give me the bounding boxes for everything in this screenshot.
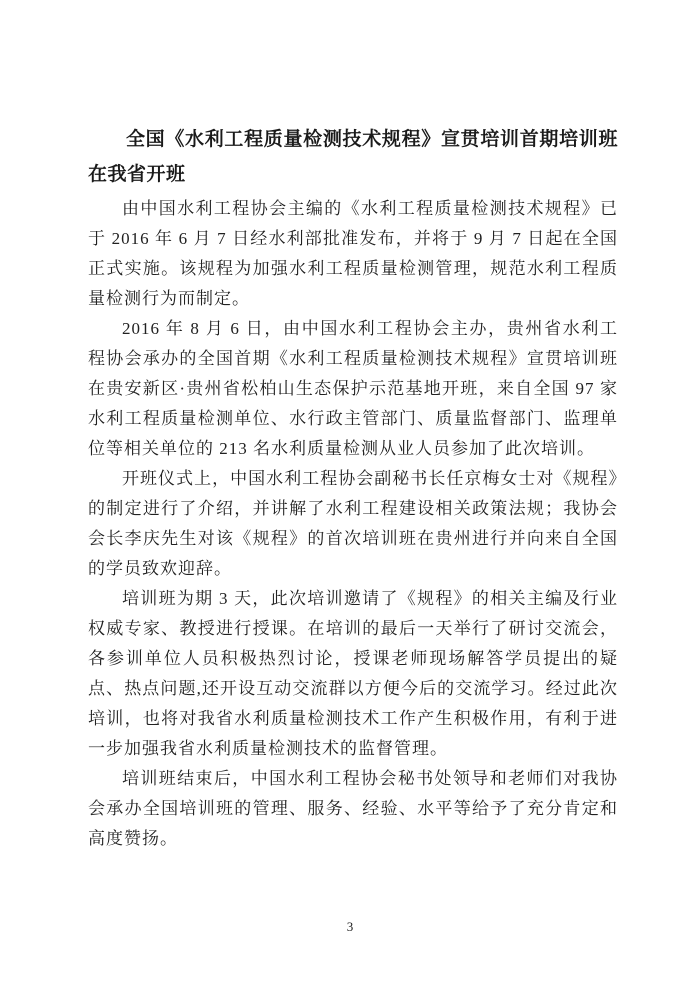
paragraph-ceremony-speeches: 开班仪式上，中国水利工程协会副秘书长任京梅女士对《规程》的制定进行了介绍，并讲解… bbox=[88, 464, 618, 584]
paragraph-training-details: 培训班为期 3 天，此次培训邀请了《规程》的相关主编及行业权威专家、教授进行授课… bbox=[88, 584, 618, 764]
document-body: 全国《水利工程质量检测技术规程》宣贯培训首期培训班在我省开班 由中国水利工程协会… bbox=[88, 122, 618, 854]
page-number: 3 bbox=[347, 919, 354, 934]
paragraph-intro-regulation: 由中国水利工程协会主编的《水利工程质量检测技术规程》已于 2016 年 6 月 … bbox=[88, 194, 618, 314]
paragraph-closing-praise: 培训班结束后，中国水利工程协会秘书处领导和老师们对我协会承办全国培训班的管理、服… bbox=[88, 764, 618, 854]
page-footer: 3 bbox=[0, 918, 700, 936]
document-page: 全国《水利工程质量检测技术规程》宣贯培训首期培训班在我省开班 由中国水利工程协会… bbox=[0, 0, 700, 990]
paragraph-opening-ceremony-overview: 2016 年 8 月 6 日，由中国水利工程协会主办，贵州省水利工程协会承办的全… bbox=[88, 314, 618, 464]
document-title: 全国《水利工程质量检测技术规程》宣贯培训首期培训班在我省开班 bbox=[88, 122, 618, 192]
